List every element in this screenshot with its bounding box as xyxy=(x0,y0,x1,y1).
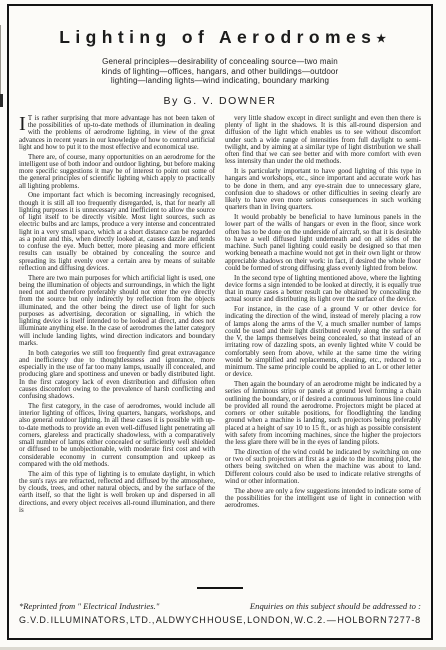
paragraph: There are two main purposes for which ar… xyxy=(19,275,215,348)
paragraph: The above are only a few suggestions int… xyxy=(225,488,421,510)
company-address-line: G.V.D.ILLUMINATORS,LTD.,ALDWYCHHOUSE,LON… xyxy=(19,615,421,625)
paragraph: It is particularly important to have goo… xyxy=(225,168,421,212)
paragraph: In the second type of lighting mentioned… xyxy=(225,275,421,304)
word: — xyxy=(327,615,337,625)
paragraph: very little shadow except in direct sunl… xyxy=(225,115,421,166)
paragraph: For instance, in the case of a ground V … xyxy=(225,306,421,379)
paragraph: IT is rather surprising that more advant… xyxy=(19,115,215,151)
paragraph: The direction of the wind could be indic… xyxy=(225,449,421,485)
word: ILLUMINATORS, xyxy=(51,615,130,625)
word: ALDWYCH xyxy=(156,615,207,625)
article-body: IT is rather surprising that more advant… xyxy=(19,115,421,577)
article-column-left: IT is rather surprising that more advant… xyxy=(19,115,215,577)
footnote-star-icon: ★ xyxy=(376,33,386,45)
word: HOLBORN xyxy=(337,615,387,625)
subtitle-line: General principles—desirability of conce… xyxy=(19,57,421,67)
paragraph: In both categories we still too frequent… xyxy=(19,350,215,401)
footer-notes-row: *Reprinted from " Electrical Industries.… xyxy=(19,601,421,611)
enquiries-note: Enquiries on this subject should be addr… xyxy=(250,601,421,611)
word: W.C.2. xyxy=(294,615,326,625)
paragraph: Then again the boundary of an aerodrome … xyxy=(225,381,421,446)
article-footer: *Reprinted from " Electrical Industries.… xyxy=(19,601,421,625)
paragraph: The first category, in the case of aerod… xyxy=(19,403,215,468)
drop-cap: I xyxy=(19,115,28,135)
word: LONDON, xyxy=(247,615,294,625)
word: HOUSE, xyxy=(207,615,246,625)
paragraph: It would probably be beneficial to have … xyxy=(225,214,421,272)
print-artifact-mark xyxy=(0,94,3,107)
subtitle-line: lighting—landing lights—wind indicating,… xyxy=(19,76,421,86)
paragraph: The aim of this type of lighting is to e… xyxy=(19,471,215,515)
word: LTD., xyxy=(130,615,155,625)
article-title: Lighting of Aerodromes★ xyxy=(19,27,421,48)
reprint-note: *Reprinted from " Electrical Industries.… xyxy=(19,601,159,611)
article-title-text: Lighting of Aerodromes xyxy=(59,27,376,47)
scanned-article-page: Lighting of Aerodromes★ General principl… xyxy=(0,0,446,650)
article-frame: Lighting of Aerodromes★ General principl… xyxy=(7,4,433,640)
paragraph: One important fact which is becoming inc… xyxy=(19,192,215,272)
article-subtitle: General principles—desirability of conce… xyxy=(19,57,421,86)
word: G.V.D. xyxy=(19,615,50,625)
section-divider-rule xyxy=(197,587,243,589)
subtitle-line: kinds of lighting—offices, hangars, and … xyxy=(19,67,421,77)
article-column-right: very little shadow except in direct sunl… xyxy=(225,115,421,577)
scan-edge-artifact xyxy=(0,25,1,95)
paragraph: There are, of course, many opportunities… xyxy=(19,154,215,190)
word: 7277-8 xyxy=(388,615,421,625)
article-byline: By G. V. DOWNER xyxy=(19,95,421,107)
